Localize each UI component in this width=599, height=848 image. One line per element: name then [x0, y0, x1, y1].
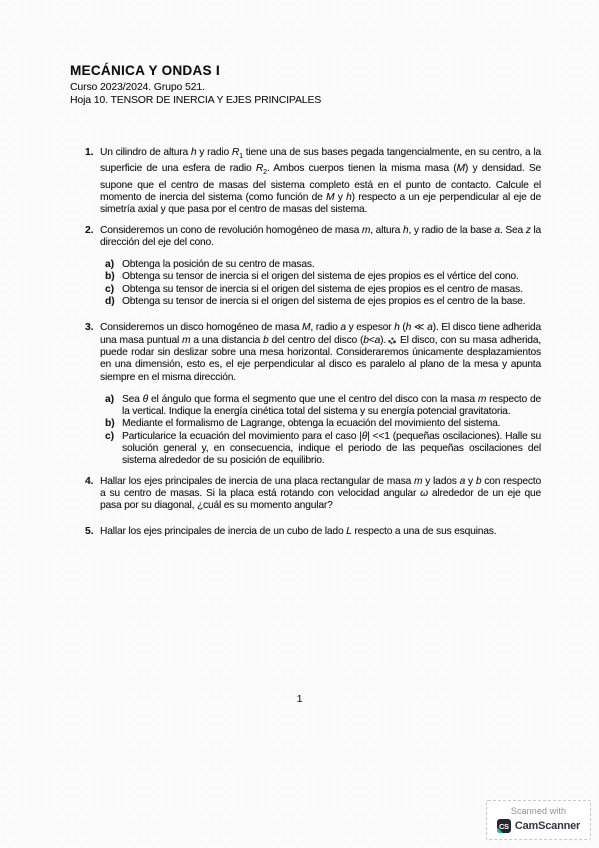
logo-text: CS [499, 822, 509, 831]
subitem-2b: b) Obtenga su tensor de inercia si el or… [105, 271, 541, 283]
problem-number: 4. [85, 476, 100, 513]
problem-number: 2. [85, 225, 100, 309]
problem-3: 3. Consideremos un disco homogéneo de ma… [85, 322, 541, 467]
subitem-text: Obtenga su tensor de inercia si el orige… [122, 296, 541, 308]
problem-list: 1. Un cilindro de altura h y radio R1 ti… [85, 147, 541, 547]
course-year-group: Curso 2023/2024. Grupo 521. [70, 82, 321, 95]
problem-number: 1. [85, 147, 100, 217]
problem-2-subitems: a) Obtenga la posición de su centro de m… [105, 259, 541, 308]
subitem-text: Obtenga la posición de su centro de masa… [122, 259, 541, 271]
problem-text: Consideremos un disco homogéneo de masa … [100, 322, 541, 383]
document-header: MECÁNICA Y ONDAS I Curso 2023/2024. Grup… [70, 63, 321, 107]
course-title: MECÁNICA Y ONDAS I [70, 63, 321, 78]
subitem-text: Particularice la ecuación del movimiento… [122, 431, 541, 468]
scanned-document-page: MECÁNICA Y ONDAS I Curso 2023/2024. Grup… [0, 0, 599, 848]
problem-text: Un cilindro de altura h y radio R1 tiene… [100, 147, 541, 217]
subitem-text: Obtenga su tensor de inercia si el orige… [122, 284, 541, 296]
camscanner-brand-label: CamScanner [515, 820, 580, 832]
problem-2: 2. Consideremos un cono de revolución ho… [85, 225, 541, 309]
sheet-title: Hoja 10. TENSOR DE INERCIA Y EJES PRINCI… [70, 95, 321, 108]
problem-4: 4. Hallar los ejes principales de inerci… [85, 476, 541, 513]
problem-text: Hallar los ejes principales de inercia d… [100, 476, 541, 513]
subitem-letter: a) [105, 394, 122, 419]
camscanner-badge: Scanned with CS CamScanner [486, 800, 591, 840]
subitem-text: Sea θ el ángulo que forma el segmento qu… [122, 394, 541, 419]
page-number: 1 [0, 693, 599, 705]
subitem-3c: c) Particularice la ecuación del movimie… [105, 431, 541, 468]
subitem-letter: a) [105, 259, 122, 271]
subitem-2d: d) Obtenga su tensor de inercia si el or… [105, 296, 541, 308]
subitem-3a: a) Sea θ el ángulo que forma el segmento… [105, 394, 541, 419]
subitem-text: Obtenga su tensor de inercia si el orige… [122, 271, 541, 283]
subitem-letter: c) [105, 431, 122, 468]
problem-5: 5. Hallar los ejes principales de inerci… [85, 526, 541, 538]
subitem-2a: a) Obtenga la posición de su centro de m… [105, 259, 541, 271]
problem-number: 3. [85, 322, 100, 467]
camscanner-logo-icon: CS [497, 819, 511, 833]
subitem-letter: b) [105, 271, 122, 283]
problem-3-subitems: a) Sea θ el ángulo que forma el segmento… [105, 394, 541, 468]
problem-number: 5. [85, 526, 100, 538]
subitem-letter: c) [105, 284, 122, 296]
subitem-letter: b) [105, 418, 122, 430]
subitem-2c: c) Obtenga su tensor de inercia si el or… [105, 284, 541, 296]
scanned-with-label: Scanned with [491, 806, 586, 816]
problem-text: Hallar los ejes principales de inercia d… [100, 526, 541, 538]
subitem-text: Mediante el formalismo de Lagrange, obte… [122, 418, 541, 430]
subitem-letter: d) [105, 296, 122, 308]
problem-text: Consideremos un cono de revolución homog… [100, 225, 541, 250]
problem-1: 1. Un cilindro de altura h y radio R1 ti… [85, 147, 541, 217]
subitem-3b: b) Mediante el formalismo de Lagrange, o… [105, 418, 541, 430]
